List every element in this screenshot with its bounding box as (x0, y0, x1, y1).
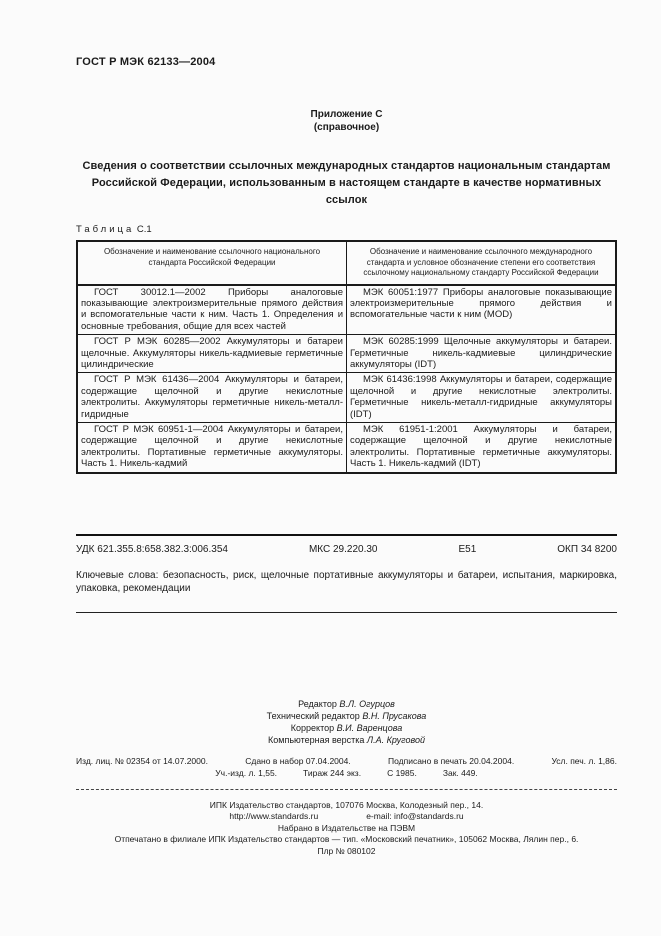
publisher-address: ИПК Издательство стандартов, 107076 Моск… (76, 800, 617, 812)
publisher-typeset-note: Набрано в Издательстве на ПЭВМ (76, 823, 617, 835)
credit-name: В.И. Варенцова (337, 723, 403, 733)
separator-dashed (76, 789, 617, 790)
cell-international: МЭК 60285:1999 Щелочные аккумуляторы и б… (347, 335, 617, 373)
credit-line: Компьютерная верстка Л.А. Круговой (76, 734, 617, 746)
annex-heading: Приложение С (справочное) (76, 108, 617, 134)
imprint-license: Изд. лиц. № 02354 от 14.07.2000. (76, 755, 208, 768)
imprint-acc-sheets: Уч.-изд. л. 1,55. (215, 767, 277, 780)
credit-line: Корректор В.И. Варенцова (76, 722, 617, 734)
table-row: ГОСТ Р МЭК 60285—2002 Аккумуляторы и бат… (77, 335, 616, 373)
standards-correspondence-table: Обозначение и наименование ссылочного на… (76, 240, 617, 474)
imprint-signed-date: Подписано в печать 20.04.2004. (388, 755, 514, 768)
table-label-number: С.1 (137, 224, 152, 235)
credit-role: Технический редактор (267, 711, 360, 721)
column-header-national: Обозначение и наименование ссылочного на… (77, 241, 347, 285)
cell-text: ГОСТ Р МЭК 60951-1—2004 Аккумуляторы и б… (81, 424, 343, 470)
credit-role: Компьютерная верстка (268, 735, 364, 745)
cell-text: МЭК 60285:1999 Щелочные аккумуляторы и б… (350, 336, 612, 370)
publisher-website: http://www.standards.ru (229, 811, 318, 821)
publisher-email: e-mail: info@standards.ru (366, 811, 463, 821)
cell-text: ГОСТ Р МЭК 61436—2004 Аккумуляторы и бат… (81, 374, 343, 420)
separator-thick (76, 534, 617, 536)
credit-role: Редактор (298, 699, 337, 709)
table-label-word: Таблица (76, 224, 134, 235)
credit-role: Корректор (291, 723, 334, 733)
table-label: Таблица С.1 (76, 224, 617, 235)
mks-code: МКС 29.220.30 (309, 544, 378, 555)
cell-text: МЭК 60051:1977 Приборы аналоговые показы… (350, 287, 612, 321)
imprint-block: Изд. лиц. № 02354 от 14.07.2000. Сдано в… (76, 755, 617, 780)
table-header-row: Обозначение и наименование ссылочного на… (77, 241, 616, 285)
credit-name: Л.А. Круговой (367, 735, 425, 745)
table-row: ГОСТ Р МЭК 61436—2004 Аккумуляторы и бат… (77, 373, 616, 423)
udk-code: УДК 621.355.8:658.382.3:006.354 (76, 544, 228, 555)
okp-code: ОКП 34 8200 (557, 544, 617, 555)
publisher-contacts: http://www.standards.rue-mail: info@stan… (76, 811, 617, 823)
cell-international: МЭК 61951-1:2001 Аккумуляторы и батареи,… (347, 422, 617, 472)
doc-number: ГОСТ Р МЭК 62133—2004 (76, 56, 617, 68)
document-page: ГОСТ Р МЭК 62133—2004 Приложение С (спра… (0, 0, 661, 936)
cell-national: ГОСТ 30012.1—2002 Приборы аналоговые пок… (77, 285, 347, 335)
credit-name: В.Л. Огурцов (339, 699, 394, 709)
table-row: ГОСТ 30012.1—2002 Приборы аналоговые пок… (77, 285, 616, 335)
cell-international: МЭК 61436:1998 Аккумуляторы и батареи, с… (347, 373, 617, 423)
imprint-c-code: С 1985. (387, 767, 417, 780)
classification-row: УДК 621.355.8:658.382.3:006.354 МКС 29.2… (76, 544, 617, 555)
cell-text: МЭК 61436:1998 Аккумуляторы и батареи, с… (350, 374, 612, 420)
publisher-plr: Плр № 080102 (76, 846, 617, 858)
imprint-line-1: Изд. лиц. № 02354 от 14.07.2000. Сдано в… (76, 755, 617, 768)
credit-name: В.Н. Прусакова (362, 711, 426, 721)
cell-national: ГОСТ Р МЭК 60951-1—2004 Аккумуляторы и б… (77, 422, 347, 472)
imprint-circulation: Тираж 244 экз. (303, 767, 361, 780)
credit-line: Технический редактор В.Н. Прусакова (76, 710, 617, 722)
imprint-line-2: Уч.-изд. л. 1,55. Тираж 244 экз. С 1985.… (76, 767, 617, 780)
column-header-international: Обозначение и наименование ссылочного ме… (347, 241, 617, 285)
keywords: Ключевые слова: безопасность, риск, щело… (76, 569, 617, 595)
section-title: Сведения о соответствии ссылочных междун… (76, 158, 617, 209)
cell-national: ГОСТ Р МЭК 61436—2004 Аккумуляторы и бат… (77, 373, 347, 423)
publisher-block: ИПК Издательство стандартов, 107076 Моск… (76, 800, 617, 858)
annex-title: Приложение С (76, 108, 617, 121)
cell-international: МЭК 60051:1977 Приборы аналоговые показы… (347, 285, 617, 335)
annex-type: (справочное) (76, 121, 617, 134)
table-row: ГОСТ Р МЭК 60951-1—2004 Аккумуляторы и б… (77, 422, 616, 472)
publisher-printed-note: Отпечатано в филиале ИПК Издательство ст… (76, 834, 617, 846)
cell-text: ГОСТ Р МЭК 60285—2002 Аккумуляторы и бат… (81, 336, 343, 370)
imprint-typeset-date: Сдано в набор 07.04.2004. (245, 755, 351, 768)
cell-text: МЭК 61951-1:2001 Аккумуляторы и батареи,… (350, 424, 612, 470)
credit-line: Редактор В.Л. Огурцов (76, 698, 617, 710)
imprint-cond-sheets: Усл. печ. л. 1,86. (551, 755, 617, 768)
group-code: Е51 (458, 544, 476, 555)
cell-text: ГОСТ 30012.1—2002 Приборы аналоговые пок… (81, 287, 343, 333)
imprint-order: Зак. 449. (443, 767, 478, 780)
cell-national: ГОСТ Р МЭК 60285—2002 Аккумуляторы и бат… (77, 335, 347, 373)
credits-block: Редактор В.Л. Огурцов Технический редакт… (76, 698, 617, 746)
separator-thin (76, 612, 617, 613)
